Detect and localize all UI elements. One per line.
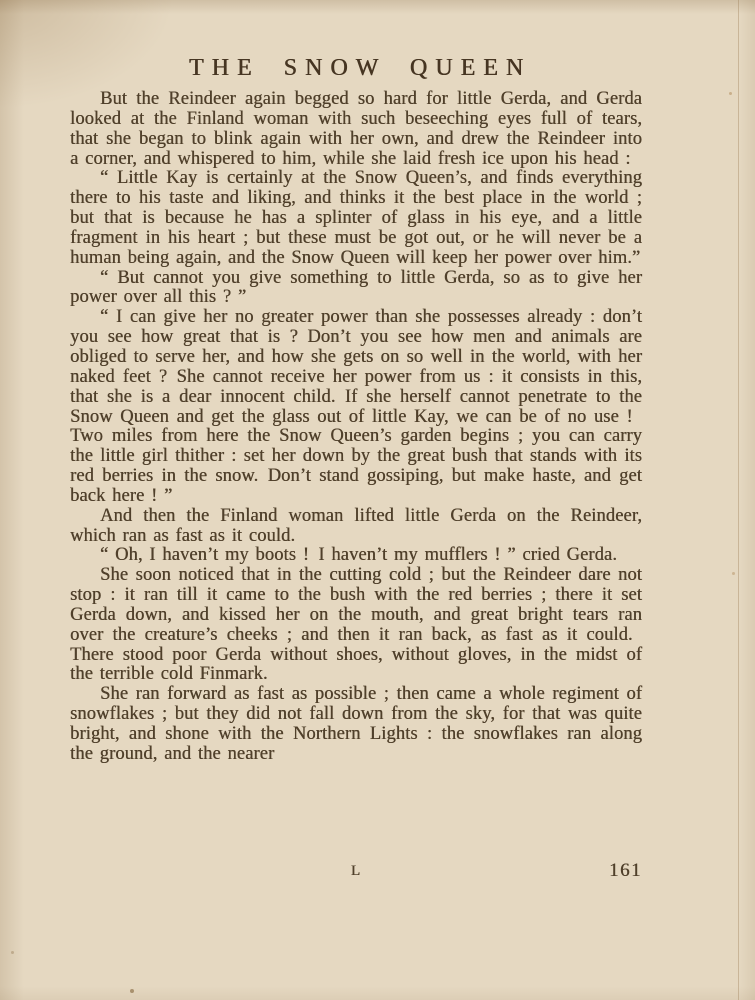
page-title: THE SNOW QUEEN — [70, 55, 642, 81]
book-page: THE SNOW QUEEN But the Reindeer again be… — [0, 0, 755, 1000]
body-paragraph: “ But cannot you give something to littl… — [70, 269, 642, 309]
foxing-speck — [130, 989, 134, 993]
text-block: THE SNOW QUEEN But the Reindeer again be… — [70, 55, 642, 765]
page-footer: L 161 — [70, 860, 642, 884]
body-paragraph: But the Reindeer again begged so hard fo… — [70, 90, 642, 169]
body-paragraph: And then the Finland woman lifted little… — [70, 507, 642, 547]
body-paragraph: “ Oh, I haven’t my boots ! I haven’t my … — [70, 546, 642, 566]
paper-edge-line — [738, 0, 739, 1000]
body-paragraph: “ Little Kay is certainly at the Snow Qu… — [70, 169, 642, 268]
body-paragraph: She ran forward as fast as possible ; th… — [70, 685, 642, 764]
body-paragraph: “ I can give her no greater power than s… — [70, 308, 642, 506]
page-number: 161 — [609, 860, 642, 882]
foxing-speck — [732, 572, 735, 575]
foxing-speck — [729, 92, 732, 95]
foxing-speck — [11, 951, 14, 954]
body-paragraph: She soon noticed that in the cutting col… — [70, 566, 642, 685]
signature-mark: L — [70, 863, 642, 880]
